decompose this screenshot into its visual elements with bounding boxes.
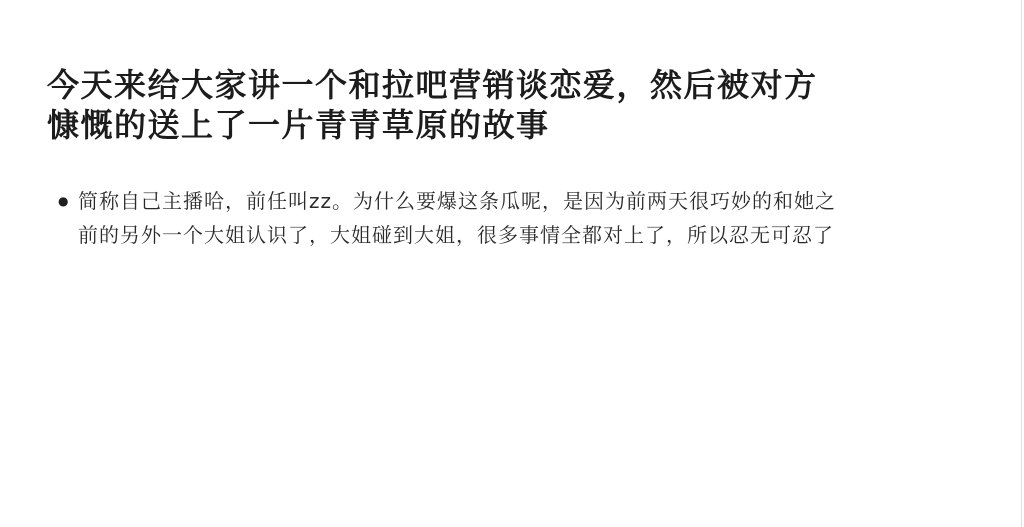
bullet-point-icon: ● [58,184,71,218]
slide-page: 今天来给大家讲一个和拉吧营销谈恋爱，然后被对方 慷慨的送上了一片青青草原的故事 … [0,0,1024,527]
title-line-2: 慷慨的送上了一片青青草原的故事 [47,105,818,145]
page-title: 今天来给大家讲一个和拉吧营销谈恋爱，然后被对方 慷慨的送上了一片青青草原的故事 [47,65,818,145]
bullet-text-line-1: 简称自己主播哈，前任叫zz。为什么要爆这条瓜呢，是因为前两天很巧妙的和她之 [78,184,836,218]
bullet-list-item: ● 简称自己主播哈，前任叫zz。为什么要爆这条瓜呢，是因为前两天很巧妙的和她之 … [58,184,836,252]
title-line-1: 今天来给大家讲一个和拉吧营销谈恋爱，然后被对方 [47,65,818,105]
bullet-text-line-2: 前的另外一个大姐认识了，大姐碰到大姐，很多事情全都对上了，所以忍无可忍了 [78,218,836,252]
page-right-edge-divider [1021,0,1022,527]
bullet-text: 简称自己主播哈，前任叫zz。为什么要爆这条瓜呢，是因为前两天很巧妙的和她之 前的… [78,184,836,252]
